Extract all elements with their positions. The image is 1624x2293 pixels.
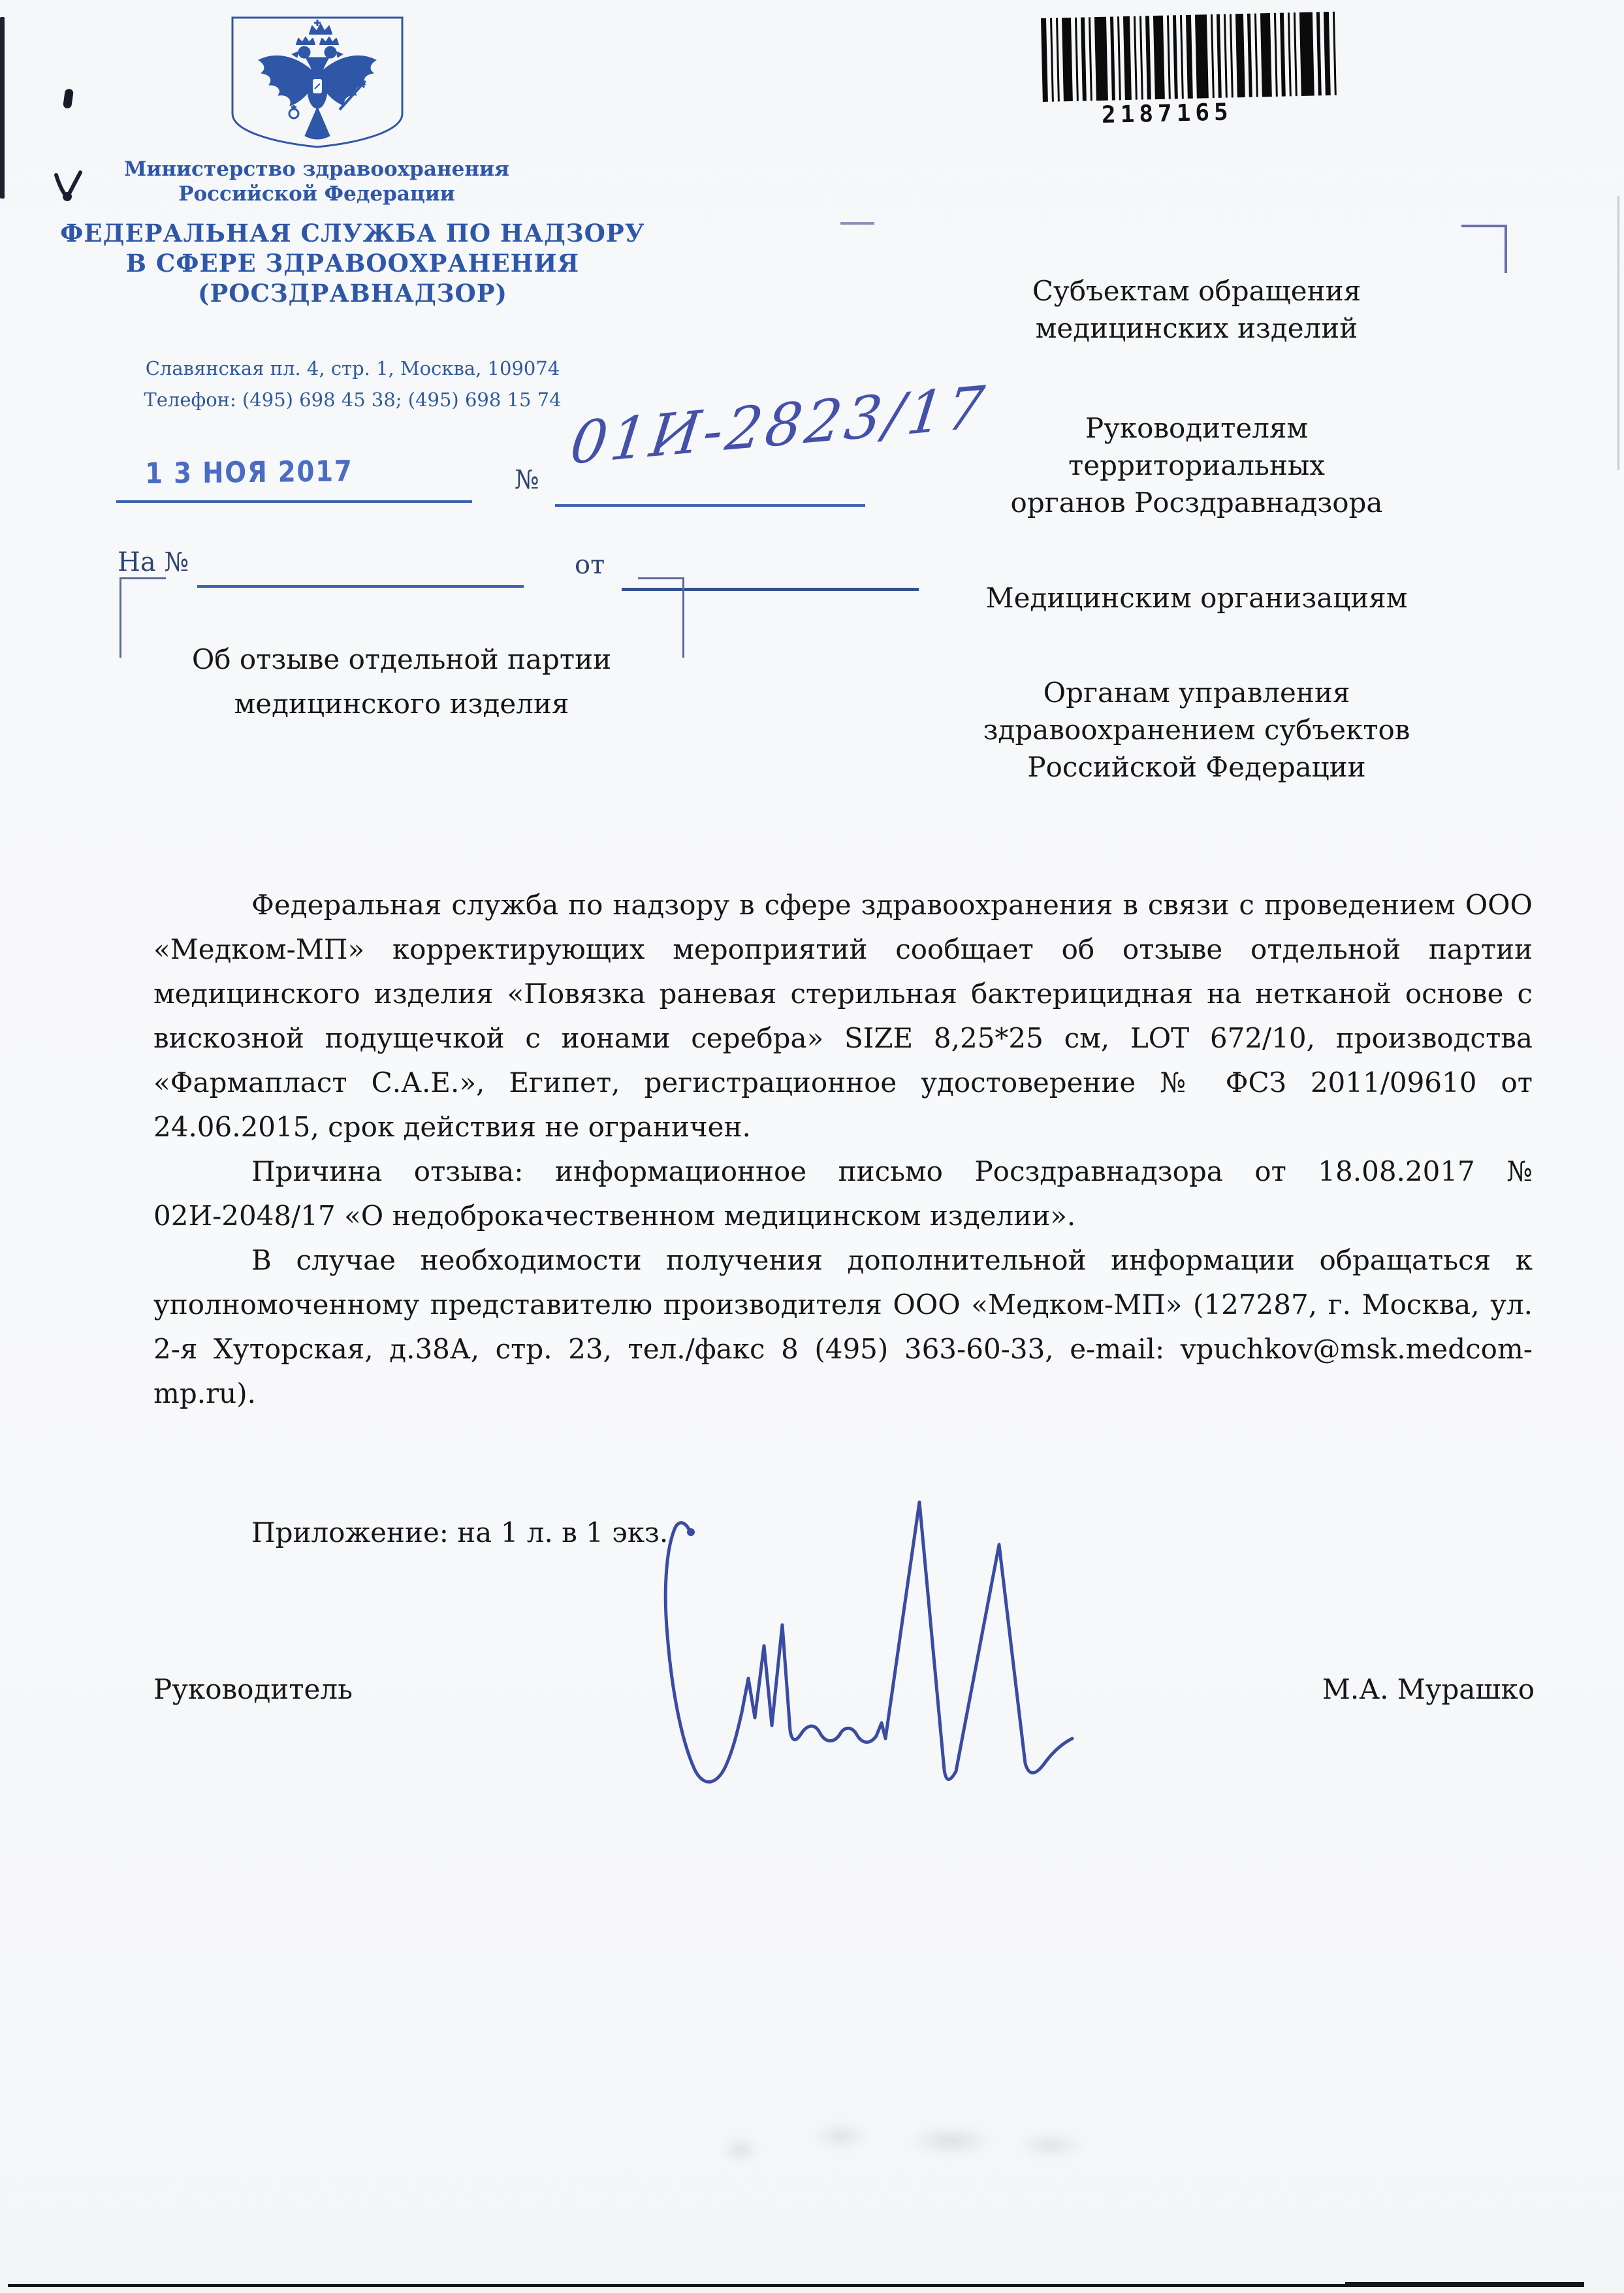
scan-edge-bottom [8,2284,1345,2287]
barcode-bar [1123,16,1132,100]
barcode-bar [1195,14,1209,98]
barcode-bar [1153,16,1165,99]
recipient-group2-line2: территориальных [842,447,1551,484]
barcode-bar [1180,15,1184,99]
service-name-line2: В СФЕРЕ ЗДРАВООХРАНЕНИЯ [59,248,646,278]
barcode-bar [1117,16,1121,100]
barcode-bar [1094,17,1108,101]
barcode-number: 2187165 [1069,98,1266,129]
barcode-bar [1081,17,1087,101]
barcode-bar [1260,13,1272,97]
ink-mark [63,88,74,109]
barcode-bar [1167,16,1171,99]
barcode-bar [1062,18,1073,101]
handwritten-signature [607,1483,1077,1809]
recipient-group2-line1: Руководителям [842,410,1551,447]
recipient-group4-line2: здравоохранением субъектов [842,712,1551,748]
barcode-bar [1050,18,1054,102]
number-underline [555,504,865,507]
barcode: 2187165 [1041,11,1350,130]
barcode-bar [1230,14,1234,97]
subject-line2: медицинского изделия [131,686,673,722]
barcode-bar [1299,12,1314,96]
barcode-bar [1041,18,1048,102]
date-stamp: 1 3 НОЯ 2017 [145,455,353,490]
barcode-bar [1089,17,1092,101]
barcode-bar [1254,14,1258,97]
scan-edge-right [1617,196,1619,470]
service-name-line3: (РОСЗДРАВНАДЗОР) [59,278,646,308]
barcode-bar [1294,12,1298,96]
barcode-bar [1173,15,1178,99]
recipient-zone-tick [840,222,874,225]
barcode-bar [1247,14,1252,97]
faint-ghost-stamp [686,2100,1143,2191]
barcode-bar [1316,12,1322,95]
in-reply-label: На № [118,547,189,577]
scan-edge-left [0,17,5,199]
barcode-bar [1217,14,1222,98]
russia-coat-of-arms-icon [229,14,406,150]
barcode-bar [1235,14,1245,97]
barcode-bar [1274,13,1278,97]
ministry-name-line2: Российской Федерации [69,182,565,206]
body-paragraph-3: В случае необходимости получения дополни… [153,1238,1533,1416]
recipient-group3-line1: Медицинским организациям [842,580,1551,617]
barcode-bar [1145,16,1151,99]
service-name-line1: ФЕДЕРАЛЬНАЯ СЛУЖБА ПО НАДЗОРУ [59,218,646,248]
barcode-bar [1288,12,1292,96]
barcode-bar [1324,12,1331,95]
barcode-bar [1211,14,1215,98]
scan-edge-bottom-2 [1345,2282,1584,2287]
letterhead-phone: Телефон: (495) 698 45 38; (495) 698 15 7… [59,387,646,413]
barcode-bar [1075,18,1079,101]
barcode-bar [1224,14,1228,98]
barcode-bar [1110,16,1115,100]
barcode-bar [1056,18,1060,101]
body-paragraph-1: Федеральная служба по надзору в сфере зд… [153,883,1533,1149]
recipient-group1-line1: Субъектам обращения [842,273,1551,310]
recipient-zone-bracket [1461,225,1507,273]
barcode-bar [1139,16,1143,100]
body-paragraph-2: Причина отзыва: информационное письмо Ро… [153,1149,1533,1238]
barcode-bars [1041,11,1350,102]
subject-line1: Об отзыве отдельной партии [131,641,673,678]
barcode-bar [1134,16,1138,100]
letter-body: Федеральная служба по надзору в сфере зд… [153,883,1533,1416]
barcode-bar [1280,13,1286,97]
signer-name: М.А. Мурашко [1241,1673,1535,1705]
in-reply-underline [197,585,524,588]
number-label: № [515,465,539,495]
ministry-name-line1: Министерство здравоохранения [69,157,565,182]
barcode-bar [1186,15,1193,99]
recipient-group4-line1: Органам управления [842,675,1551,711]
letterhead-address: Славянская пл. 4, стр. 1, Москва, 109074 [59,355,646,381]
recipient-group2-line3: органов Росздравнадзора [842,485,1551,521]
recipient-group4-line3: Российской Федерации [842,749,1551,786]
scanned-letter-page: 2187165 [0,0,1624,2293]
from-label: от [575,550,605,580]
recipient-group1-line2: медицинских изделий [842,310,1551,347]
barcode-bar [1333,12,1337,95]
signer-title: Руководитель [153,1673,353,1705]
date-underline [116,500,472,503]
